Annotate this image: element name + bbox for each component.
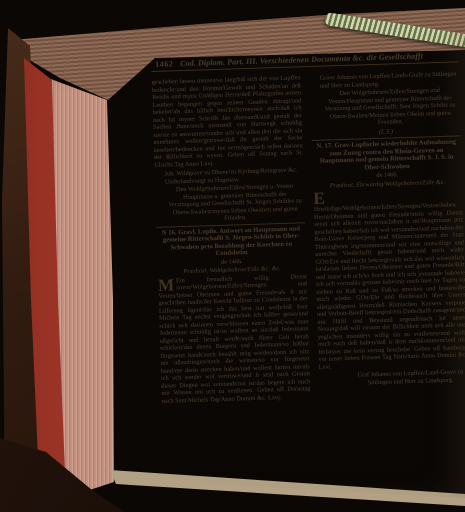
right-column: Grave Johanns von Lupffen/Lands-Grafe zu… [310, 69, 465, 402]
photo-of-open-antique-book: 1462 Cod. Diplom. Part. III. Verschieden… [0, 0, 465, 512]
drop-cap-initial: M [158, 277, 177, 293]
section-divider: N 16. Gravl. Lupfis. Antwort an Hauptman… [156, 222, 311, 405]
page-content: 1462 Cod. Diplom. Part. III. Verschieden… [151, 50, 465, 407]
letter-address: Den Wolgebohrnen/Edlen/Strengen und Vest… [322, 86, 458, 128]
section-17-body: EHrwürdige/Wohlgebornen/Edlen/Strengen/V… [313, 187, 465, 372]
continuation-paragraph: geschehen lassen meinen/so lang/biß sich… [152, 74, 304, 169]
section-16-heading: N 16. Gravl. Lupfis. Antwort an Hauptman… [158, 225, 304, 260]
text-columns: geschehen lassen meinen/so lang/biß sich… [152, 69, 465, 407]
left-column: geschehen lassen meinen/so lang/biß sich… [152, 74, 311, 407]
section-divider: N. 17. Grav-Lupfische wiederhohlte Aufma… [312, 135, 465, 389]
section-17-body-text: Hrwürdige/Wohlgebornen/Edlen/Strengen/Ve… [314, 202, 465, 371]
section-16-body-text: Ein freundlich willig Dienst zuvor/Wolge… [158, 273, 310, 405]
section-16-body: MEin freundlich willig Dienst zuvor/Wolg… [158, 273, 311, 405]
page-number: 1462 [155, 59, 173, 69]
drop-cap-initial: E [313, 191, 327, 206]
closing-signature: Graf Johanns von Lupffen/Land-Grave zu S… [353, 369, 465, 389]
letter-address: Den Wohlgebohrnen/Edlen/Strengen u. Vest… [167, 182, 303, 224]
section-17-heading: N. 17. Grav-Lupfische wiederhohlte Aufma… [314, 138, 460, 173]
